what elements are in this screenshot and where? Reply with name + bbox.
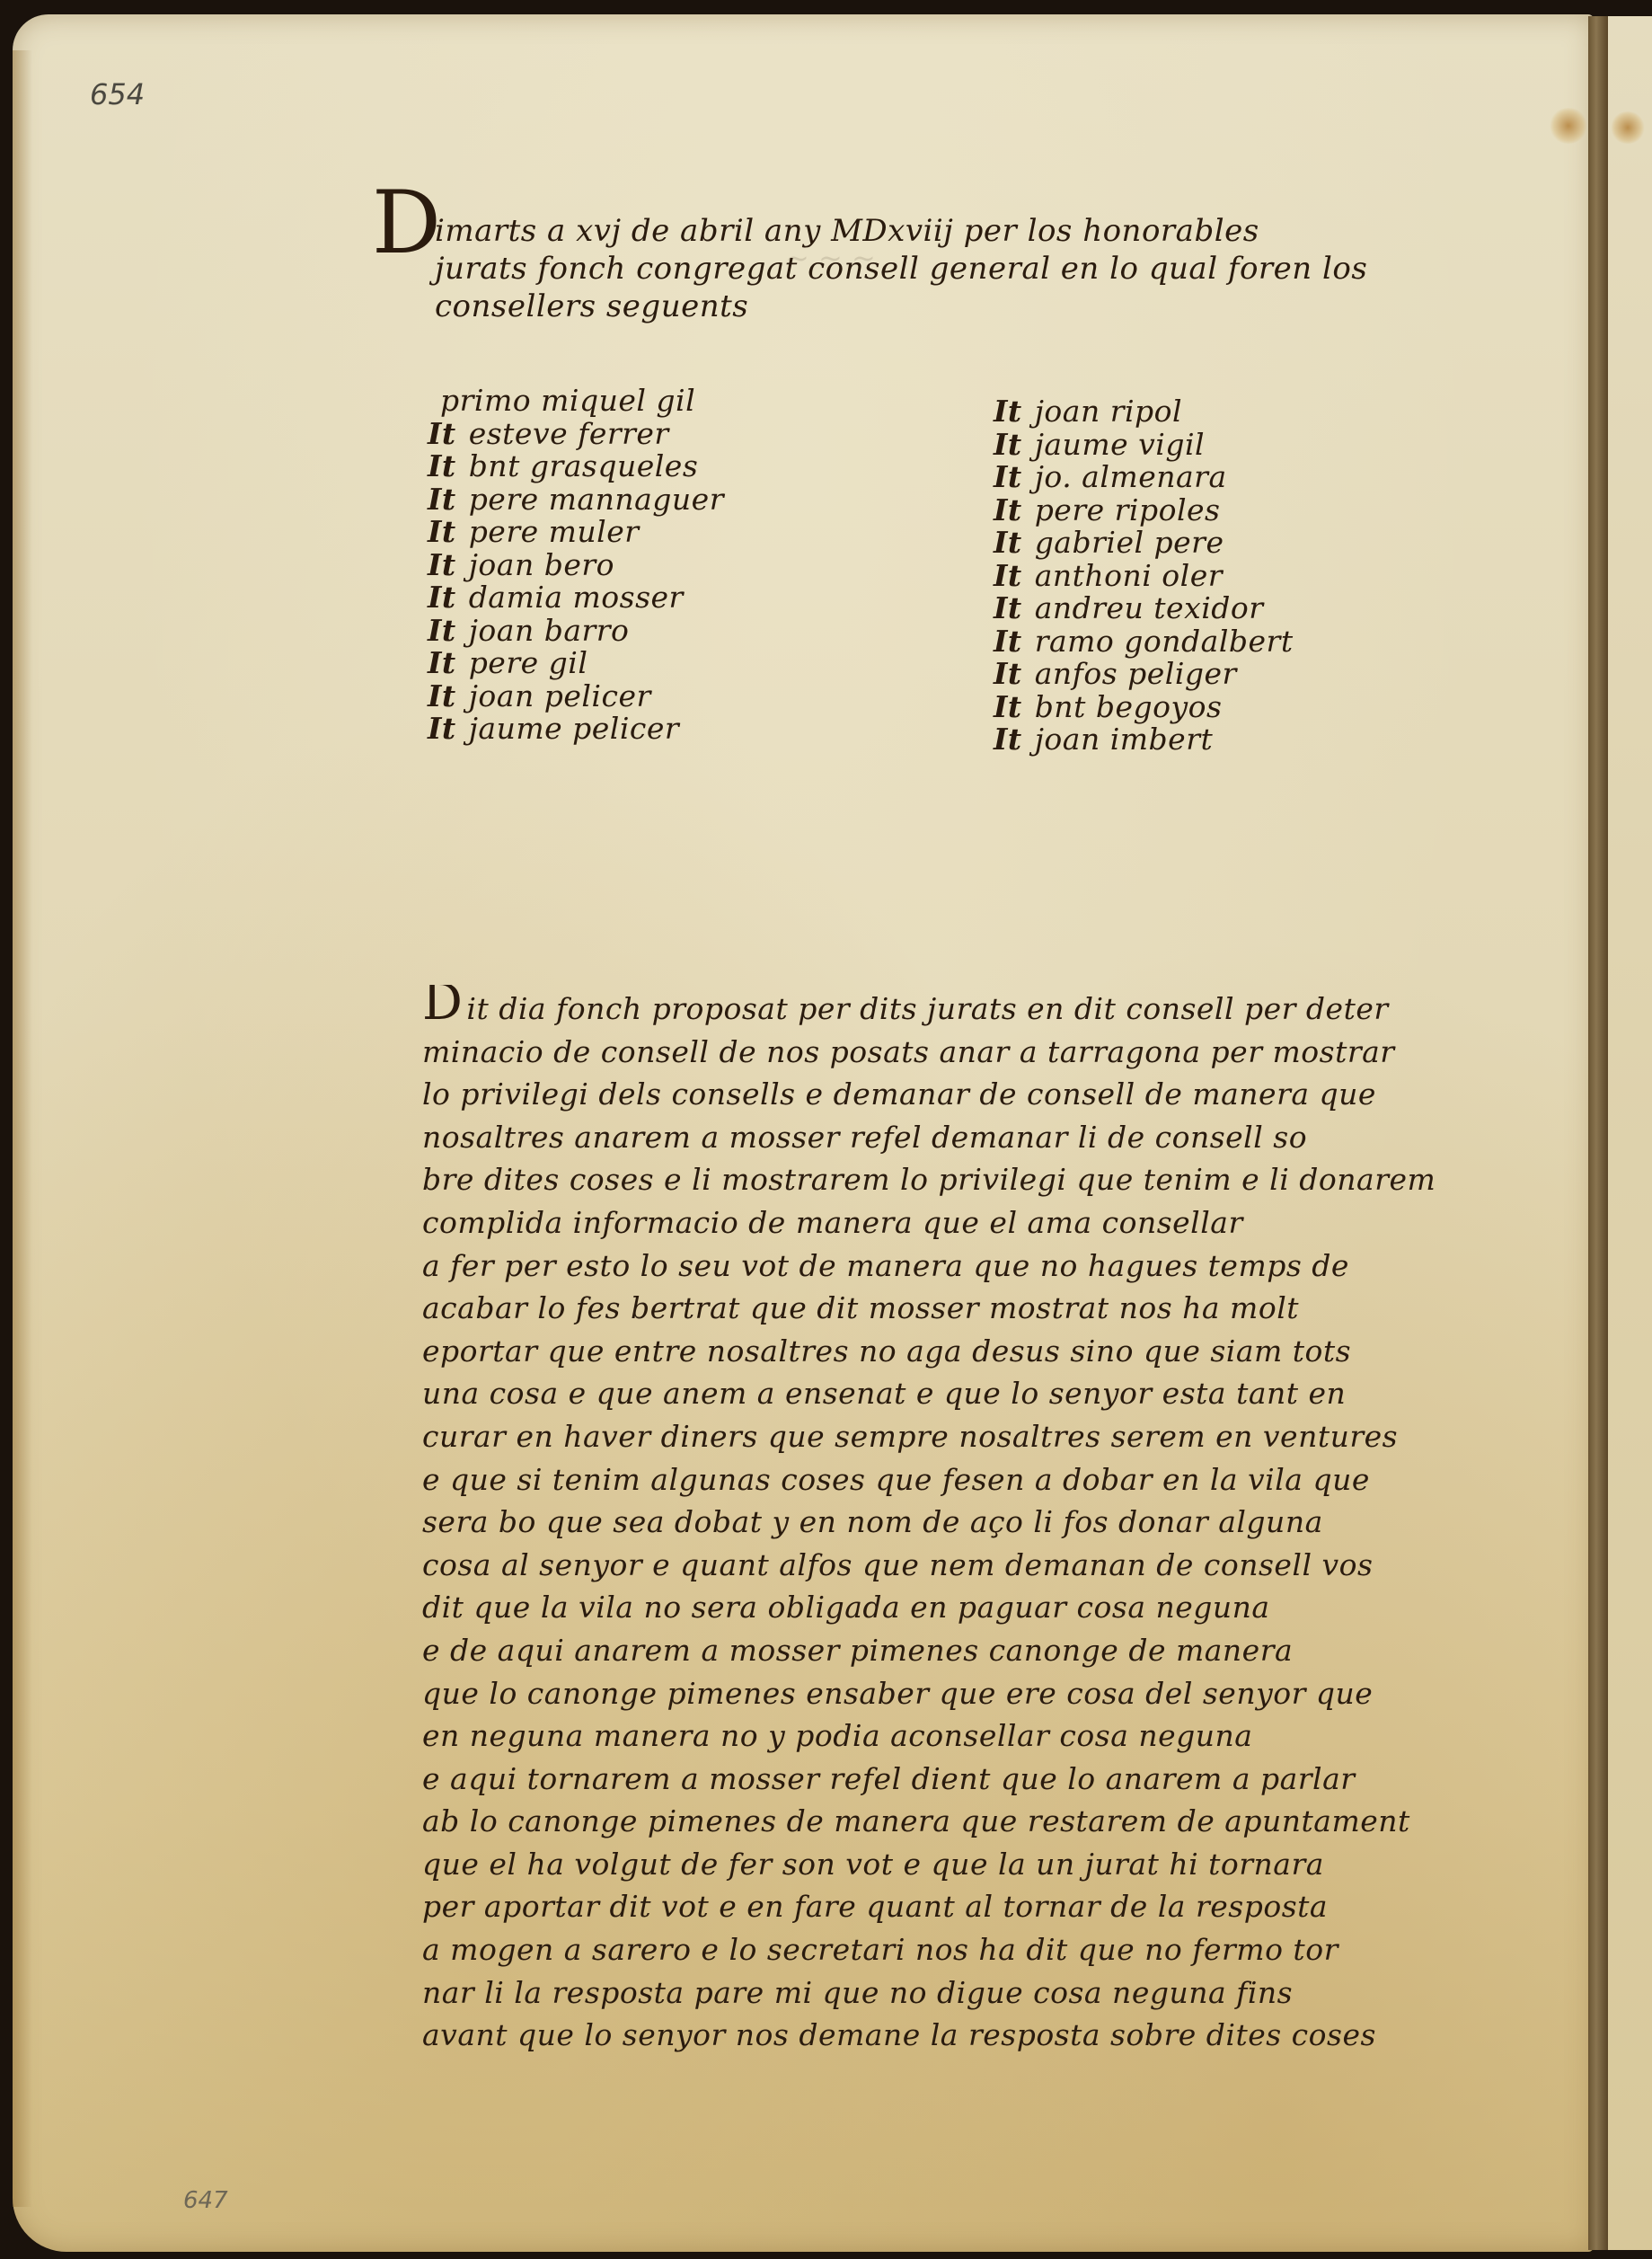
- item-mark: It: [428, 448, 456, 483]
- name-text: gabriel pere: [1035, 525, 1224, 560]
- body-initial: D: [422, 985, 463, 1031]
- name-text: anfos peliger: [1035, 656, 1237, 691]
- body-line: sera bo que sea dobat y en nom de aço li…: [422, 1501, 1482, 1544]
- name-text: anthoni oler: [1035, 558, 1223, 593]
- name-text: jaume vigil: [1035, 427, 1205, 462]
- name-entry: Itpere muler: [428, 516, 724, 549]
- name-text: bnt grasqueles: [469, 448, 699, 483]
- name-text: joan pelicer: [469, 678, 651, 713]
- names-list-left: primo miquel gil Itesteve ferrer Itbnt g…: [428, 385, 724, 746]
- item-mark: It: [428, 678, 456, 713]
- name-text: damia mosser: [469, 580, 684, 615]
- body-line: cosa al senyor e quant alfos que nem dem…: [422, 1544, 1482, 1587]
- name-entry: primo miquel gil: [428, 385, 724, 418]
- folio-number-bottom: 647: [183, 2187, 228, 2214]
- heading-initial: D: [372, 180, 441, 266]
- name-entry: Itramo gondalbert: [994, 625, 1294, 659]
- item-mark: It: [428, 613, 456, 648]
- folio-number-top: 654: [90, 77, 145, 111]
- page-edge-shading: [13, 50, 32, 2207]
- name-entry: Itanthoni oler: [994, 560, 1294, 593]
- body-line: una cosa e que anem a ensenat e que lo s…: [422, 1372, 1482, 1415]
- body-line: e de aqui anarem a mosser pimenes canong…: [422, 1629, 1482, 1672]
- name-entry: Itjaume pelicer: [428, 713, 724, 746]
- item-mark: It: [428, 514, 456, 549]
- body-line: a mogen a sarero e lo secretari nos ha d…: [422, 1928, 1482, 1971]
- name-entry: Itjoan bero: [428, 549, 724, 582]
- item-mark: It: [994, 558, 1022, 593]
- rust-stain: [1549, 108, 1588, 144]
- body-line: que el ha volgut de fer son vot e que la…: [422, 1843, 1482, 1886]
- name-text: pere gil: [469, 645, 588, 680]
- name-entry: Itjo. almenara: [994, 461, 1294, 494]
- name-entry: Itdamia mosser: [428, 581, 724, 615]
- name-entry: Itpere gil: [428, 647, 724, 680]
- name-entry: Itbnt grasqueles: [428, 450, 724, 483]
- name-entry: Itjoan imbert: [994, 723, 1294, 757]
- name-entry: Itanfos peliger: [994, 658, 1294, 691]
- item-mark: It: [994, 656, 1022, 691]
- body-line: curar en haver diners que sempre nosaltr…: [422, 1415, 1482, 1458]
- item-mark: It: [428, 645, 456, 680]
- body-line: lo privilegi dels consells e demanar de …: [422, 1073, 1482, 1116]
- item-mark: It: [428, 416, 456, 451]
- name-entry: Itjaume vigil: [994, 429, 1294, 462]
- body-line: Dit dia fonch proposat per dits jurats e…: [422, 985, 1482, 1031]
- body-line: e que si tenim algunas coses que fesen a…: [422, 1458, 1482, 1502]
- item-mark: It: [994, 394, 1022, 429]
- heading-line: consellers seguents: [435, 288, 1459, 325]
- name-text: joan imbert: [1035, 722, 1214, 757]
- body-line: nosaltres anarem a mosser refel demanar …: [422, 1116, 1482, 1159]
- name-text: bnt begoyos: [1035, 689, 1223, 724]
- name-entry: Itesteve ferrer: [428, 418, 724, 451]
- item-mark: It: [994, 624, 1022, 659]
- body-line: bre dites coses e li mostrarem lo privil…: [422, 1158, 1482, 1201]
- name-text: joan ripol: [1035, 394, 1182, 429]
- name-entry: Itbnt begoyos: [994, 691, 1294, 724]
- body-line: eportar que entre nosaltres no aga desus…: [422, 1330, 1482, 1373]
- body-line: e aqui tornarem a mosser refel dient que…: [422, 1758, 1482, 1801]
- item-mark: It: [428, 580, 456, 615]
- item-mark: It: [994, 525, 1022, 560]
- name-entry: Itjoan pelicer: [428, 680, 724, 713]
- heading-line: imarts a xvj de abril any MDxviij per lo…: [435, 212, 1459, 250]
- name-text: joan barro: [469, 613, 630, 648]
- name-entry: Itpere ripoles: [994, 494, 1294, 527]
- body-line: complida informacio de manera que el ama…: [422, 1201, 1482, 1245]
- name-text: joan bero: [469, 547, 614, 582]
- binding-gutter: [1588, 16, 1608, 2250]
- name-entry: Itjoan ripol: [994, 395, 1294, 429]
- name-text: esteve ferrer: [469, 416, 669, 451]
- item-mark: It: [994, 459, 1022, 494]
- heading-line: jurats fonch congregat consell general e…: [435, 250, 1459, 288]
- name-text: pere muler: [469, 514, 640, 549]
- body-line: a fer per esto lo seu vot de manera que …: [422, 1245, 1482, 1288]
- name-text: ramo gondalbert: [1035, 624, 1294, 659]
- body-line: ab lo canonge pimenes de manera que rest…: [422, 1800, 1482, 1843]
- names-list-right: Itjoan ripol Itjaume vigil Itjo. almenar…: [994, 395, 1294, 757]
- body-line: que lo canonge pimenes ensaber que ere c…: [422, 1672, 1482, 1715]
- heading-paragraph: imarts a xvj de abril any MDxviij per lo…: [435, 212, 1459, 325]
- rust-stain: [1610, 111, 1646, 144]
- item-mark: It: [994, 492, 1022, 527]
- body-line: per aportar dit vot e en fare quant al t…: [422, 1885, 1482, 1928]
- name-entry: Itgabriel pere: [994, 527, 1294, 560]
- item-mark: It: [994, 722, 1022, 757]
- manuscript-page: 654 ~ ~ ~ D imarts a xvj de abril any MD…: [13, 14, 1594, 2252]
- item-mark: It: [428, 482, 456, 517]
- item-mark: It: [428, 711, 456, 746]
- name-entry: Itjoan barro: [428, 615, 724, 648]
- name-entry: Itpere mannaguer: [428, 483, 724, 517]
- body-line: minacio de consell de nos posats anar a …: [422, 1031, 1482, 1074]
- body-paragraph: Dit dia fonch proposat per dits jurats e…: [422, 985, 1482, 2057]
- name-text: jo. almenara: [1035, 459, 1227, 494]
- body-line: en neguna manera no y podia aconsellar c…: [422, 1714, 1482, 1758]
- name-text: pere ripoles: [1035, 492, 1221, 527]
- adjacent-page-edge: [1608, 16, 1652, 2250]
- name-text: jaume pelicer: [469, 711, 680, 746]
- name-text: andreu texidor: [1035, 590, 1264, 625]
- item-mark: It: [994, 590, 1022, 625]
- body-line: nar li la resposta pare mi que no digue …: [422, 1971, 1482, 2015]
- body-line: dit que la vila no sera obligada en pagu…: [422, 1586, 1482, 1629]
- body-line-text: it dia fonch proposat per dits jurats en…: [466, 991, 1388, 1026]
- name-entry: Itandreu texidor: [994, 592, 1294, 625]
- item-mark: It: [428, 547, 456, 582]
- name-text: pere mannaguer: [469, 482, 724, 517]
- body-line: acabar lo fes bertrat que dit mosser mos…: [422, 1287, 1482, 1330]
- body-line: avant que lo senyor nos demane la respos…: [422, 2014, 1482, 2057]
- name-text: primo miquel gil: [440, 383, 695, 418]
- item-mark: It: [994, 689, 1022, 724]
- item-mark: It: [994, 427, 1022, 462]
